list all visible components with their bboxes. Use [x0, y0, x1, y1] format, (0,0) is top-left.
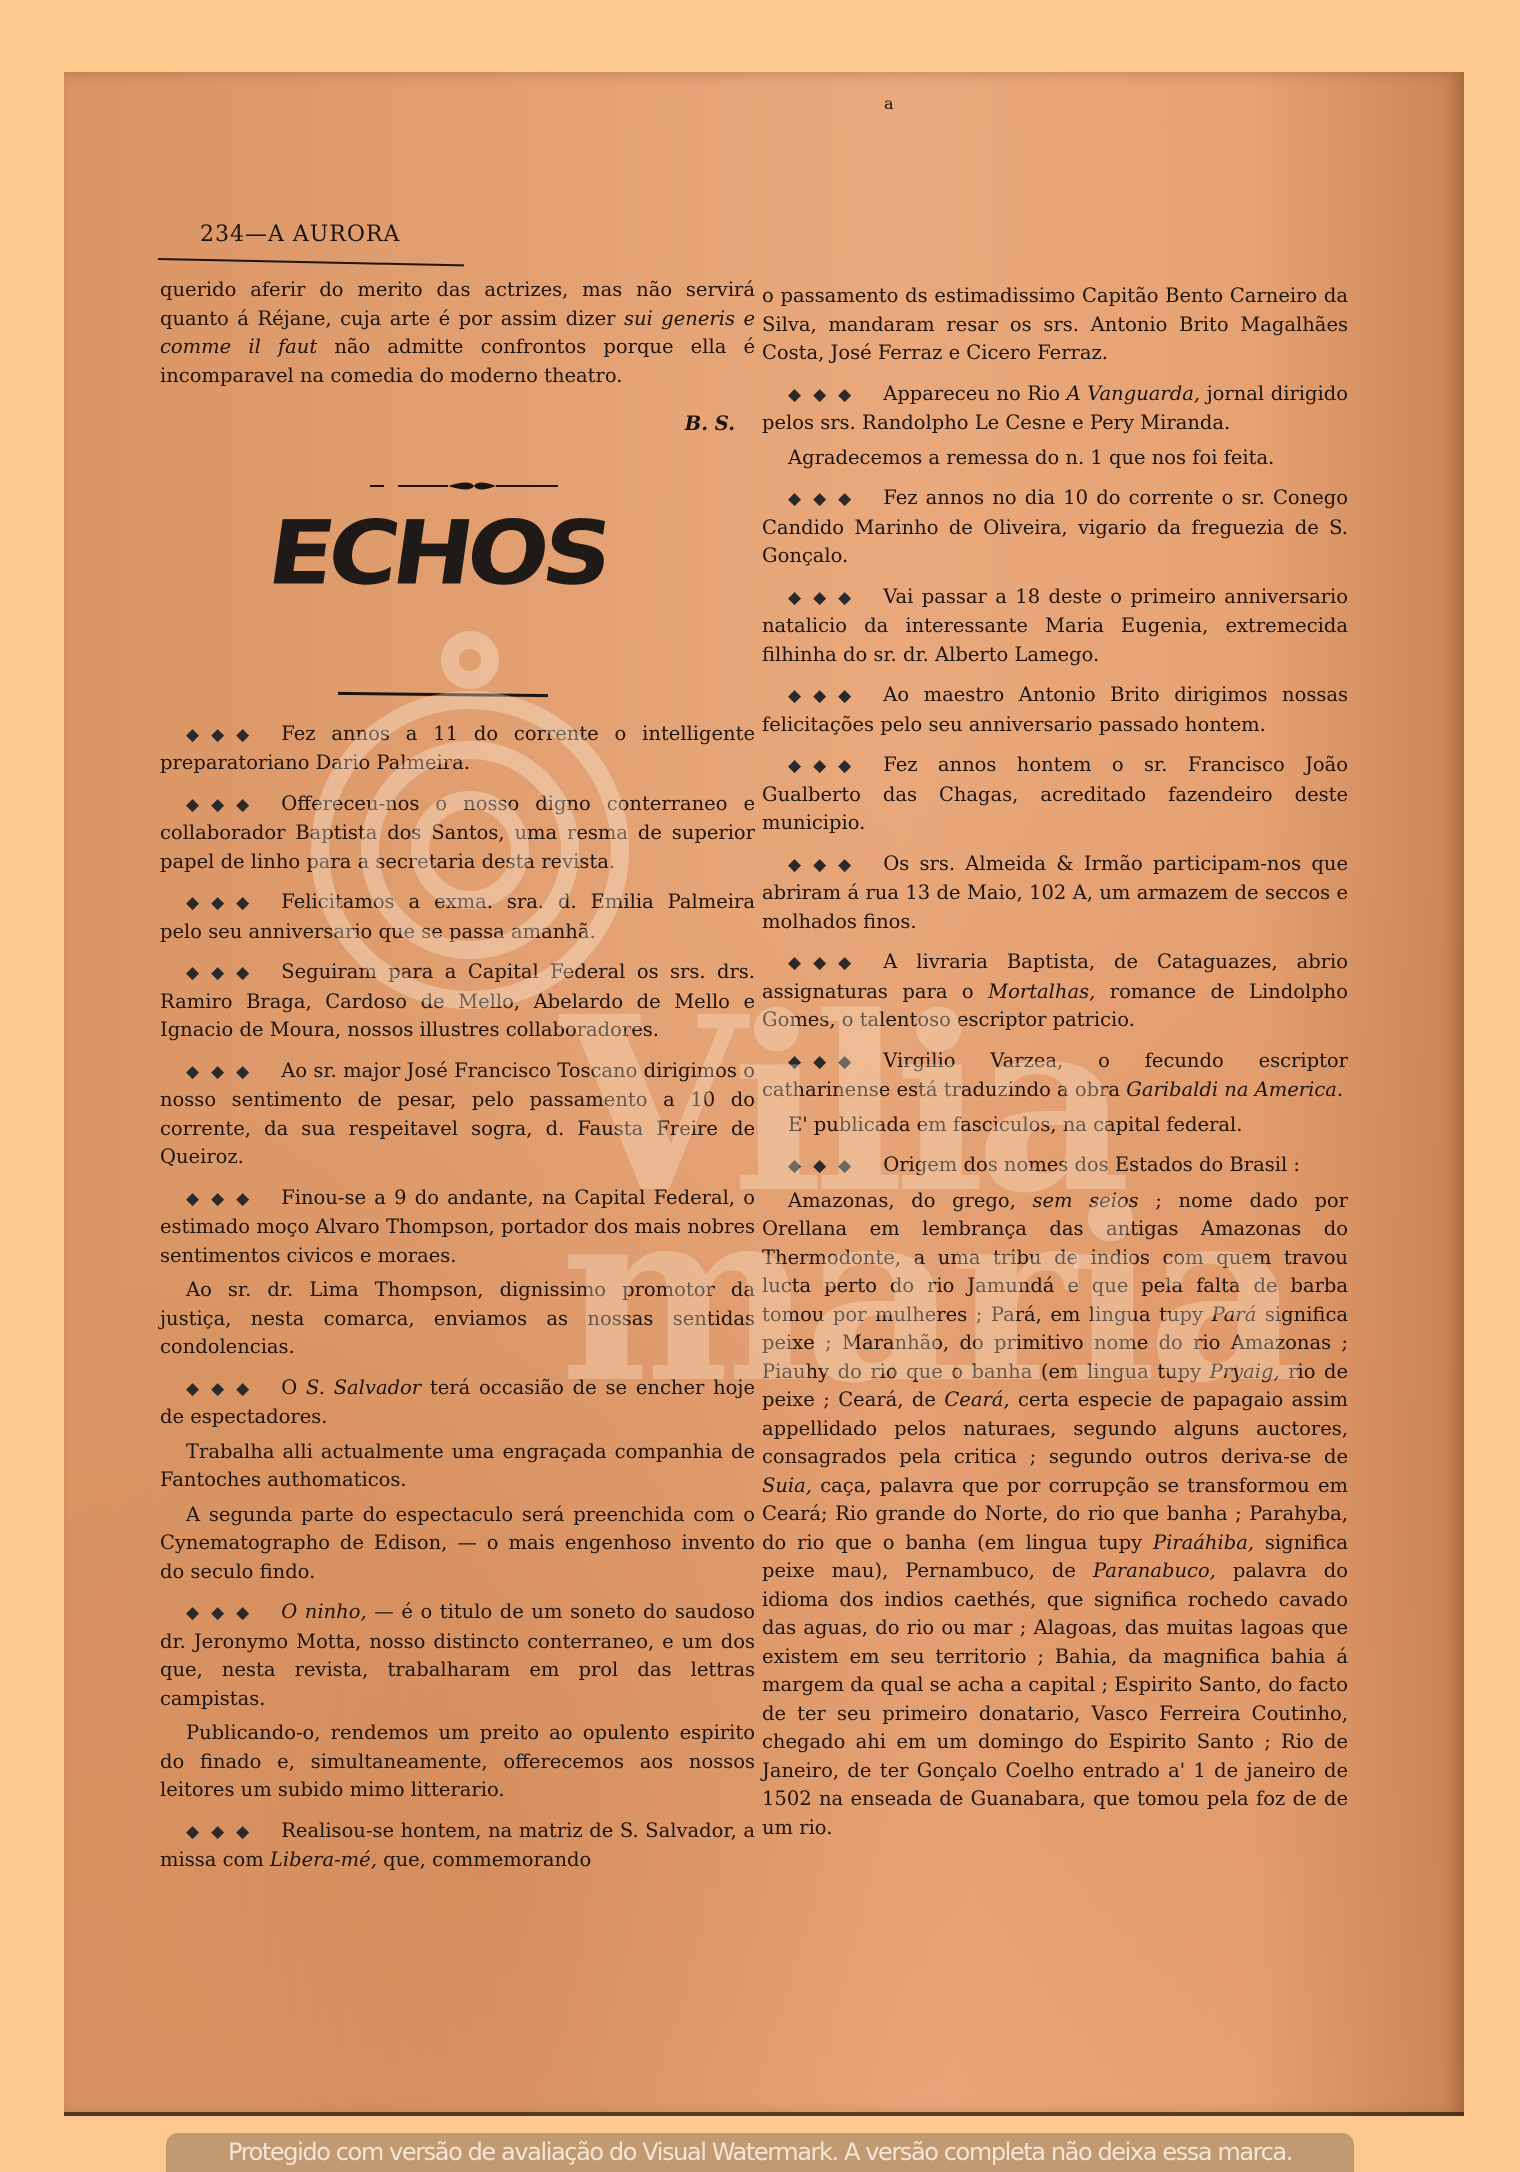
news-item: ◆◆◆Fez annos no dia 10 do corrente o sr.… [762, 484, 1348, 571]
watermark-notice-bar: Protegido com versão de avaliação do Vis… [166, 2133, 1354, 2172]
news-item-text: que, commemorando [377, 1848, 591, 1871]
news-item: ◆◆◆Seguiram para a Capital Federal os sr… [160, 958, 755, 1045]
diamond-bullets-icon: ◆◆◆ [788, 1152, 863, 1181]
news-item: ◆◆◆Vai passar a 18 deste o primeiro anni… [762, 583, 1348, 670]
news-item: ◆◆◆O S. Salvador terá occasião de se enc… [160, 1374, 755, 1432]
left-news-items: ◆◆◆Fez annos a 11 do corrente o intellig… [160, 720, 755, 1875]
news-item-text: Publicando-o, rendemos um preito ao opul… [160, 1721, 755, 1801]
news-item-italic: Garibaldi na America. [1126, 1078, 1343, 1101]
news-item-italic: S. Salvador [306, 1376, 421, 1399]
diamond-bullets-icon: ◆◆◆ [788, 851, 863, 880]
news-item: ◆◆◆Os srs. Almeida & Irmão participam-no… [762, 850, 1348, 937]
news-item-text: Ao sr. dr. Lima Thompson, dignissimo pro… [160, 1278, 755, 1358]
diamond-bullets-icon: ◆◆◆ [788, 584, 863, 613]
states-italic: Ceará, [944, 1388, 1009, 1411]
states-italic: Pryaig, [1210, 1360, 1280, 1383]
diamond-bullets-icon: ◆◆◆ [186, 959, 261, 988]
intro-paragraph: querido aferir do merito das actrizes, m… [160, 276, 755, 390]
news-item-text: o passamento ds estimadissimo Capitão Be… [762, 284, 1348, 364]
diamond-bullets-icon: ◆◆◆ [186, 889, 261, 918]
news-item-italic: O ninho, [281, 1600, 366, 1623]
diamond-bullets-icon: ◆◆◆ [788, 949, 863, 978]
diamond-bullets-icon: ◆◆◆ [788, 1048, 863, 1077]
news-item: ◆◆◆Ao sr. major José Francisco Toscano d… [160, 1057, 755, 1172]
news-item-text: Trabalha alli actualmente uma engraçada … [160, 1440, 755, 1492]
news-item-text: A segunda parte do espectaculo será pree… [160, 1503, 755, 1583]
states-italic: Paranabuco, [1093, 1559, 1216, 1582]
news-item: ◆◆◆Fez annos hontem o sr. Francisco João… [762, 751, 1348, 838]
news-item: o passamento ds estimadissimo Capitão Be… [762, 282, 1348, 368]
news-item: A segunda parte do espectaculo será pree… [160, 1501, 755, 1587]
diamond-bullets-icon: ◆◆◆ [788, 485, 863, 514]
news-item-text: E' publicada em fasciculos, na capital f… [788, 1113, 1242, 1136]
news-item: ◆◆◆Origem dos nomes dos Estados do Brasi… [762, 1151, 1348, 1181]
news-item: Publicando-o, rendemos um preito ao opul… [160, 1719, 755, 1805]
news-item-italic: Libera-mé, [270, 1848, 377, 1871]
right-news-items: o passamento ds estimadissimo Capitão Be… [762, 282, 1348, 1181]
article-signature: B. S. [160, 410, 755, 439]
news-item: ◆◆◆Virgilio Varzea, o fecundo escriptor … [762, 1047, 1348, 1105]
news-item: ◆◆◆Fez annos a 11 do corrente o intellig… [160, 720, 755, 778]
news-item-text: Agradecemos a remessa do n. 1 que nos fo… [788, 446, 1274, 469]
section-title-echos: ECHOS [267, 540, 608, 566]
states-text: Amazonas, do grego, [788, 1189, 1032, 1212]
section-title: ECHOS [160, 517, 755, 667]
news-item-text: Appareceu no Rio [883, 382, 1066, 405]
diamond-bullets-icon: ◆◆◆ [186, 791, 261, 820]
diamond-bullets-icon: ◆◆◆ [186, 1818, 261, 1847]
news-item: ◆◆◆A livraria Baptista, de Cataguazes, a… [762, 948, 1348, 1035]
diamond-bullets-icon: ◆◆◆ [186, 1185, 261, 1214]
news-item: E' publicada em fasciculos, na capital f… [762, 1111, 1348, 1140]
diamond-bullets-icon: ◆◆◆ [186, 1058, 261, 1087]
news-item: ◆◆◆Felicitamos a exma. sra. d. Emilia Pa… [160, 888, 755, 946]
page-top-mark: a [884, 94, 894, 113]
diamond-bullets-icon: ◆◆◆ [788, 381, 863, 410]
diamond-bullets-icon: ◆◆◆ [186, 1375, 261, 1404]
news-item: ◆◆◆O ninho, — é o titulo de um soneto do… [160, 1598, 755, 1713]
news-item: Trabalha alli actualmente uma engraçada … [160, 1438, 755, 1495]
news-item: Agradecemos a remessa do n. 1 que nos fo… [762, 444, 1348, 473]
news-item: Ao sr. dr. Lima Thompson, dignissimo pro… [160, 1276, 755, 1362]
diamond-bullets-icon: ◆◆◆ [788, 752, 863, 781]
news-item-text: O [281, 1376, 306, 1399]
page-bottom-edge [64, 2112, 1464, 2116]
states-italic: Piraáhiba, [1153, 1531, 1254, 1554]
right-column: o passamento ds estimadissimo Capitão Be… [762, 282, 1348, 1848]
states-text: palavra do idioma dos indios caethés, qu… [762, 1559, 1348, 1839]
news-item-italic: Mortalhas, [988, 980, 1095, 1003]
section-title-rule [338, 691, 548, 696]
diamond-bullets-icon: ◆◆◆ [186, 1599, 261, 1628]
states-origin-paragraph: Amazonas, do grego, sem seios ; nome dad… [762, 1187, 1348, 1843]
news-item: ◆◆◆Appareceu no Rio A Vanguarda, jornal … [762, 380, 1348, 438]
diamond-bullets-icon: ◆◆◆ [186, 721, 261, 750]
news-item-text: Origem dos nomes dos Estados do Brasil : [883, 1153, 1300, 1176]
news-item-italic: A Vanguarda, [1067, 382, 1200, 405]
news-item: ◆◆◆Realisou-se hontem, na matriz de S. S… [160, 1817, 755, 1875]
running-head: 234—A AURORA [200, 222, 400, 247]
news-item: ◆◆◆Offereceu-nos o nosso digno conterran… [160, 790, 755, 877]
states-italic: Pará [1212, 1303, 1257, 1326]
news-item: ◆◆◆Finou-se a 9 do andante, na Capital F… [160, 1184, 755, 1271]
diamond-bullets-icon: ◆◆◆ [788, 682, 863, 711]
states-italic: Suia, [762, 1474, 812, 1497]
news-item: ◆◆◆Ao maestro Antonio Brito dirigimos no… [762, 681, 1348, 739]
states-italic: sem seios [1032, 1189, 1138, 1212]
left-column: querido aferir do merito das actrizes, m… [160, 276, 755, 1881]
